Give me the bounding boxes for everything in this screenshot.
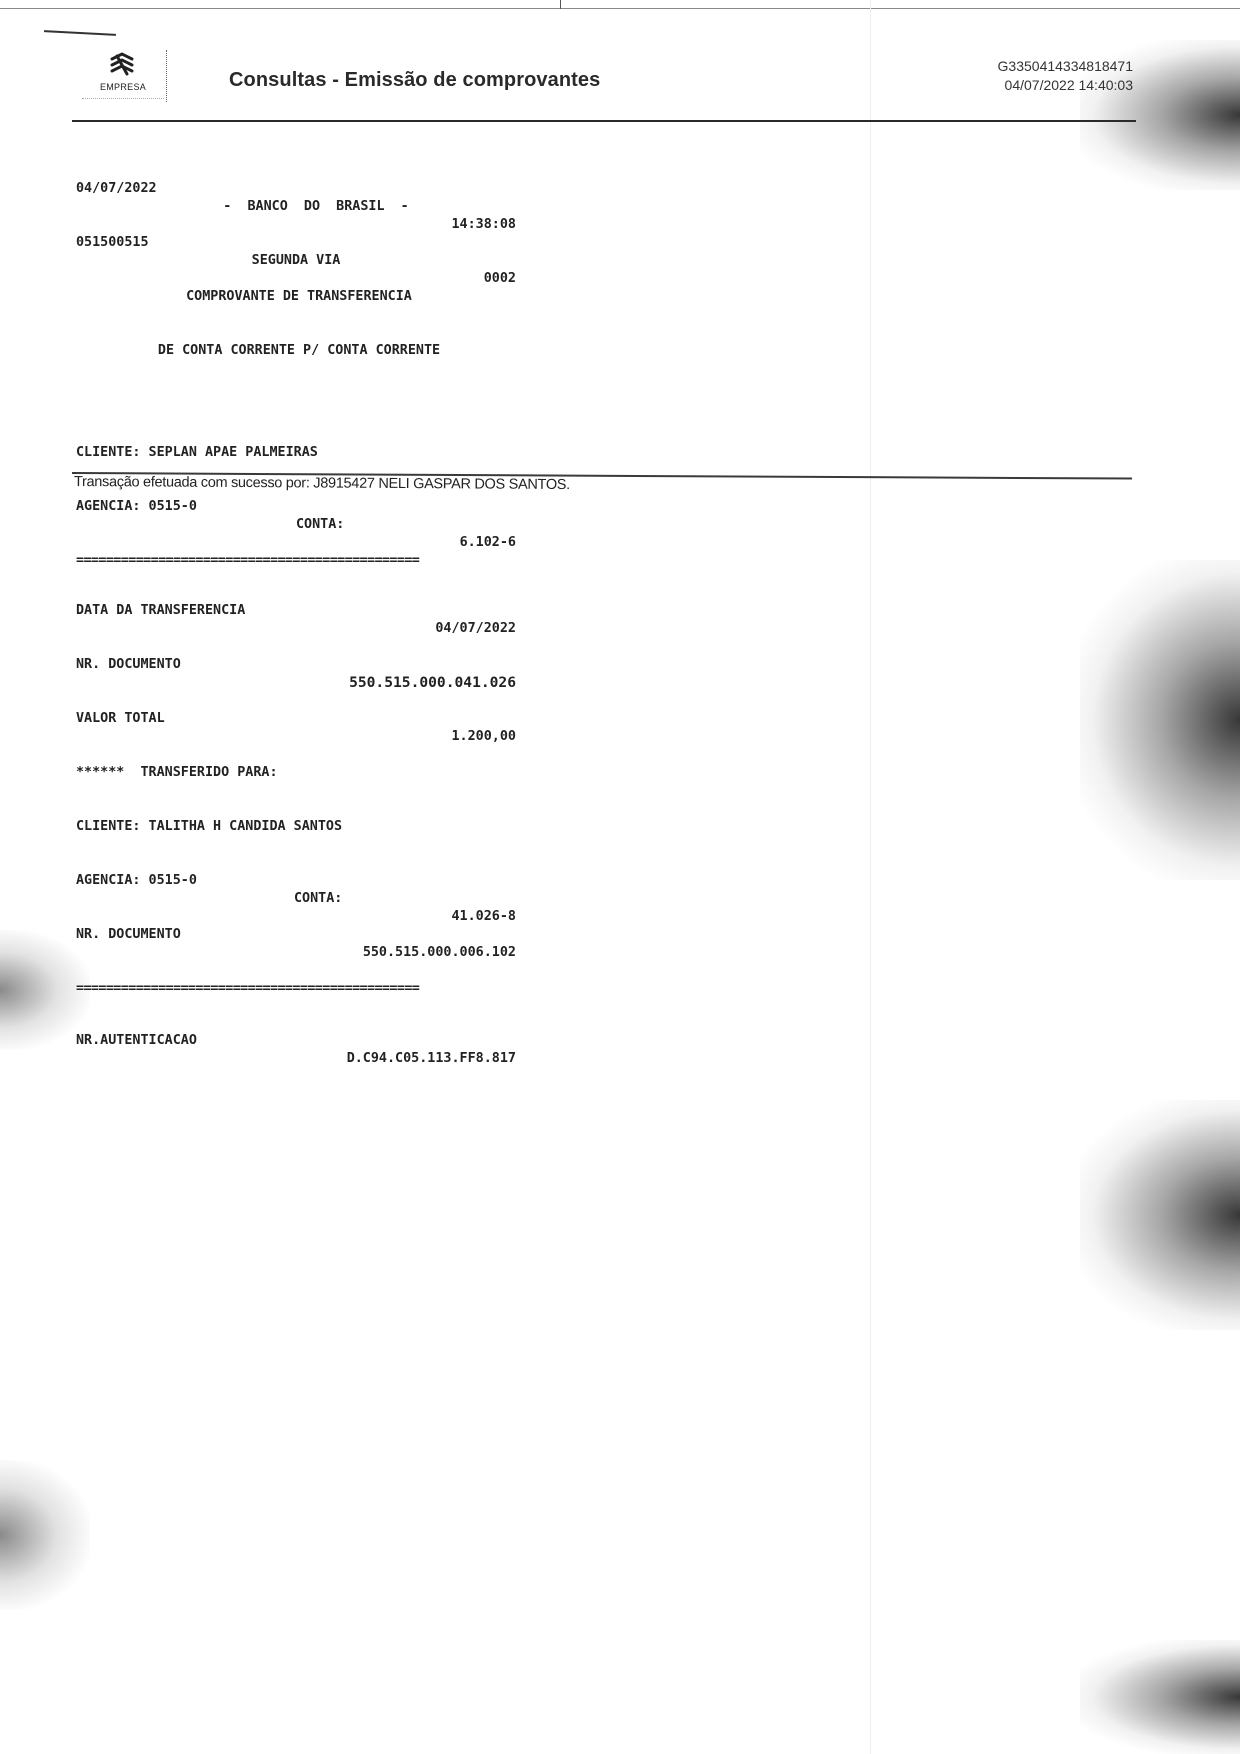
- bank-name: - BANCO DO BRASIL -: [116, 198, 516, 216]
- receipt-date: 04/07/2022: [76, 180, 157, 198]
- origin-account-label: CONTA:: [296, 516, 344, 534]
- doc-number-label: NR. DOCUMENTO: [76, 656, 181, 674]
- scan-smudge: [1080, 1640, 1240, 1754]
- separator-line: ========================================…: [76, 980, 419, 998]
- auth-label: NR.AUTENTICACAO: [76, 1032, 197, 1050]
- document-id-block: G3350414334818471 04/07/2022 14:40:03: [998, 57, 1133, 95]
- separator-line: ========================================…: [76, 552, 419, 570]
- document-code: G3350414334818471: [998, 57, 1133, 76]
- page-top-tick: [560, 0, 561, 9]
- destination-client: CLIENTE: TALITHA H CANDIDA SANTOS: [76, 818, 342, 836]
- receipt-title-line2: DE CONTA CORRENTE P/ CONTA CORRENTE: [82, 342, 516, 360]
- transfer-date-value: 04/07/2022: [435, 620, 516, 638]
- scan-fold-line: [870, 0, 871, 1754]
- destination-doc-number-label: NR. DOCUMENTO: [76, 926, 181, 944]
- issued-timestamp: 04/07/2022 14:40:03: [998, 76, 1133, 95]
- transaction-status: Transação efetuada com sucesso por: J891…: [74, 474, 570, 493]
- destination-agency: AGENCIA: 0515-0: [76, 872, 197, 890]
- bank-logo: EMPRESA: [82, 50, 167, 102]
- copy-label: SEGUNDA VIA: [76, 252, 516, 270]
- terminal-id: 051500515: [76, 234, 149, 252]
- logo-underline: [82, 98, 164, 100]
- logo-label: EMPRESA: [88, 82, 158, 92]
- total-label: VALOR TOTAL: [76, 710, 165, 728]
- scan-smudge: [1080, 1100, 1240, 1330]
- page-top-edge: [0, 0, 1240, 9]
- destination-account-label: CONTA:: [294, 890, 342, 908]
- destination-doc-number-value: 550.515.000.006.102: [363, 944, 516, 962]
- transfer-date-label: DATA DA TRANSFERENCIA: [76, 602, 245, 620]
- page-title: Consultas - Emissão de comprovantes: [229, 69, 600, 92]
- receipt-title-line1: COMPROVANTE DE TRANSFERENCIA: [82, 288, 516, 306]
- pen-mark: [44, 30, 116, 36]
- banco-do-brasil-logo-icon: [108, 50, 136, 78]
- doc-number-value: 550.515.000.041.026: [349, 674, 516, 692]
- transfer-receipt: 04/07/2022 - BANCO DO BRASIL - 14:38:08 …: [76, 126, 516, 1050]
- scan-smudge: [1080, 560, 1240, 880]
- origin-client: CLIENTE: SEPLAN APAE PALMEIRAS: [76, 444, 318, 462]
- origin-agency: AGENCIA: 0515-0: [76, 498, 197, 516]
- scan-smudge: [0, 1460, 90, 1610]
- transferred-to-label: ****** TRANSFERIDO PARA:: [76, 764, 278, 782]
- auth-value: D.C94.C05.113.FF8.817: [347, 1050, 516, 1068]
- header-divider: [72, 120, 1136, 122]
- total-value: 1.200,00: [452, 728, 517, 746]
